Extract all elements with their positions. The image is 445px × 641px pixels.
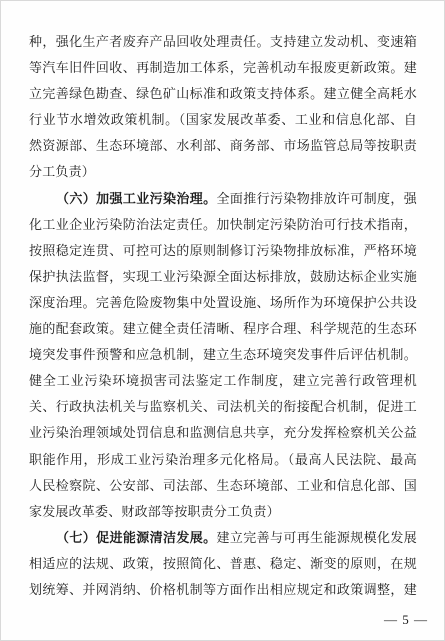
text-line: 划统筹、并网消纳、价格机制等方面作出相应规定和政策调整，建 — [29, 577, 417, 603]
text-line: 化工业企业污染防治法定责任。加快制定污染防治可行技术指南， — [29, 212, 417, 238]
text-line: 保护执法监督，实现工业污染源全面达标排放，鼓励达标企业实施 — [29, 264, 417, 290]
section-heading: （六）加强工业污染治理。 — [56, 191, 217, 206]
text-line: （六）加强工业污染治理。全面推行污染物排放许可制度，强 — [29, 186, 417, 212]
text-line: 然资源部、生态环境部、水利部、商务部、市场监管总局等按职责 — [29, 133, 417, 159]
text-line: 等汽车旧件回收、再制造加工体系，完善机动车报废更新政策。建 — [29, 55, 417, 81]
text-line: 职能作用，形成工业污染治理多元化格局。（最高人民法院、最高 — [29, 447, 417, 473]
text-line: 分工负责） — [29, 159, 417, 185]
text-line: 业污染治理领域处罚信息和监测信息共享，充分发挥检察机关公益 — [29, 420, 417, 446]
text-line: 相适应的法规、政策，按照简化、普惠、稳定、渐变的原则，在规 — [29, 551, 417, 577]
page-number: — 5 — — [384, 612, 428, 628]
text-line: 关、行政执法机关与监察机关、司法机关的衔接配合机制，促进工 — [29, 394, 417, 420]
text-line: 种，强化生产者废弃产品回收处理责任。支持建立发动机、变速箱 — [29, 29, 417, 55]
text-line: 深度治理。完善危险废物集中处置设施、场所作为环境保护公共设 — [29, 290, 417, 316]
text-line: 家发展改革委、财政部等按职责分工负责） — [29, 499, 417, 525]
text-line: 立完善绿色勘查、绿色矿山标准和政策支持体系。建立健全高耗水 — [29, 81, 417, 107]
text-line: 行业节水增效政策机制。（国家发展改革委、工业和信息化部、自 — [29, 107, 417, 133]
text-line: 健全工业污染环境损害司法鉴定工作制度，建立完善行政管理机 — [29, 368, 417, 394]
text-line: 按照稳定连贯、可控可达的原则制修订污染物排放标准，严格环境 — [29, 238, 417, 264]
text-line: 施的配套政策。建立健全责任清晰、程序合理、科学规范的生态环 — [29, 316, 417, 342]
document-body: 种，强化生产者废弃产品回收处理责任。支持建立发动机、变速箱 等汽车旧件回收、再制… — [29, 29, 417, 603]
text-line: 境突发事件预警和应急机制，建立生态环境突发事件后评估机制。 — [29, 342, 417, 368]
text-line: （七）促进能源清洁发展。建立完善与可再生能源规模化发展 — [29, 525, 417, 551]
section-body-text: 全面推行污染物排放许可制度，强 — [217, 191, 417, 206]
document-page: 种，强化生产者废弃产品回收处理责任。支持建立发动机、变速箱 等汽车旧件回收、再制… — [0, 0, 445, 641]
text-line: 人民检察院、公安部、司法部、生态环境部、工业和信息化部、国 — [29, 473, 417, 499]
section-body-text: 建立完善与可再生能源规模化发展 — [217, 530, 417, 545]
section-heading: （七）促进能源清洁发展。 — [56, 530, 217, 545]
